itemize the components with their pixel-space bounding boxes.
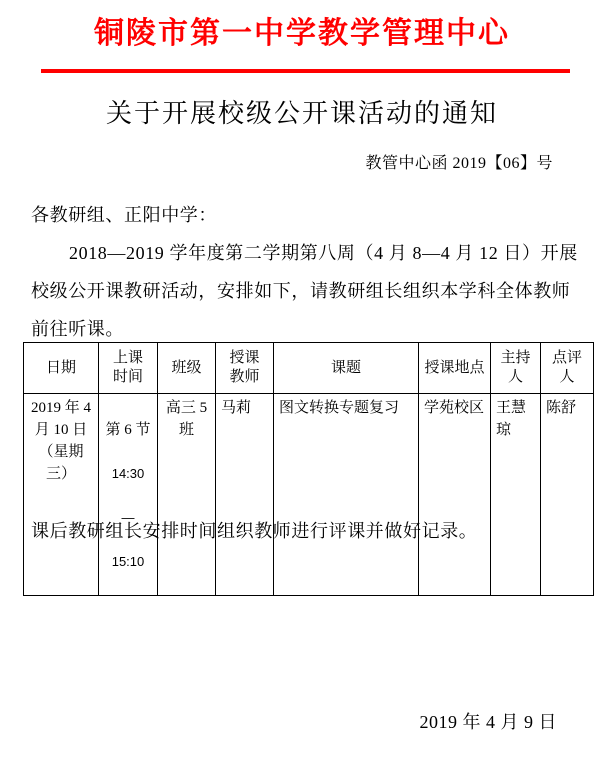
cell-host: 王慧 琼 <box>491 394 541 596</box>
open-class-schedule-table: 日期 上课 时间 班级 授课 教师 课题 授课地点 主持 人 点评 人 2019… <box>23 342 594 596</box>
document-date: 2019 年 4 月 9 日 <box>420 708 558 734</box>
time-start: 14:30 <box>101 463 155 485</box>
salutation-line: 各教研组、正阳中学： <box>31 196 576 234</box>
header-host: 主持 人 <box>491 343 541 394</box>
document-number: 教管中心函 2019【06】号 <box>365 150 553 173</box>
header-topic: 课题 <box>274 343 419 394</box>
header-commentator: 点评 人 <box>541 343 594 394</box>
header-teacher: 授课 教师 <box>216 343 274 394</box>
notice-body: 各教研组、正阳中学： 2018—2019 学年度第二学期第八周（4 月 8—4 … <box>31 196 576 348</box>
table-header-row: 日期 上课 时间 班级 授课 教师 课题 授课地点 主持 人 点评 人 <box>24 343 594 394</box>
notice-title: 关于开展校级公开课活动的通知 <box>0 93 604 130</box>
header-location: 授课地点 <box>419 343 491 394</box>
cell-location: 学苑校区 <box>419 394 491 596</box>
body-line-2: 校级公开课教研活动，安排如下，请教研组长组织本学科全体教师 <box>31 272 576 310</box>
class-period: 第 6 节 <box>101 419 155 441</box>
cell-date: 2019 年 4 月 10 日 （星期 三） <box>24 394 99 596</box>
body-line-1: 2018—2019 学年度第二学期第八周（4 月 8—4 月 12 日）开展 <box>31 234 576 272</box>
header-date: 日期 <box>24 343 99 394</box>
org-name-header: 铜陵市第一中学教学管理中心 <box>0 8 604 52</box>
header-class-time: 上课 时间 <box>99 343 158 394</box>
table-row: 2019 年 4 月 10 日 （星期 三） 第 6 节 14:30 — 15:… <box>24 394 594 596</box>
cell-class-time: 第 6 节 14:30 — 15:10 <box>99 394 158 596</box>
header-class: 班级 <box>158 343 216 394</box>
closing-line: 课后教研组长安排时间组织教师进行评课并做好记录。 <box>31 519 477 543</box>
cell-topic: 图文转换专题复习 <box>274 394 419 596</box>
cell-teacher: 马莉 <box>216 394 274 596</box>
cell-commentator: 陈舒 <box>541 394 594 596</box>
cell-class: 高三 5 班 <box>158 394 216 596</box>
red-divider-rule <box>41 69 570 73</box>
time-end: 15:10 <box>101 551 155 573</box>
